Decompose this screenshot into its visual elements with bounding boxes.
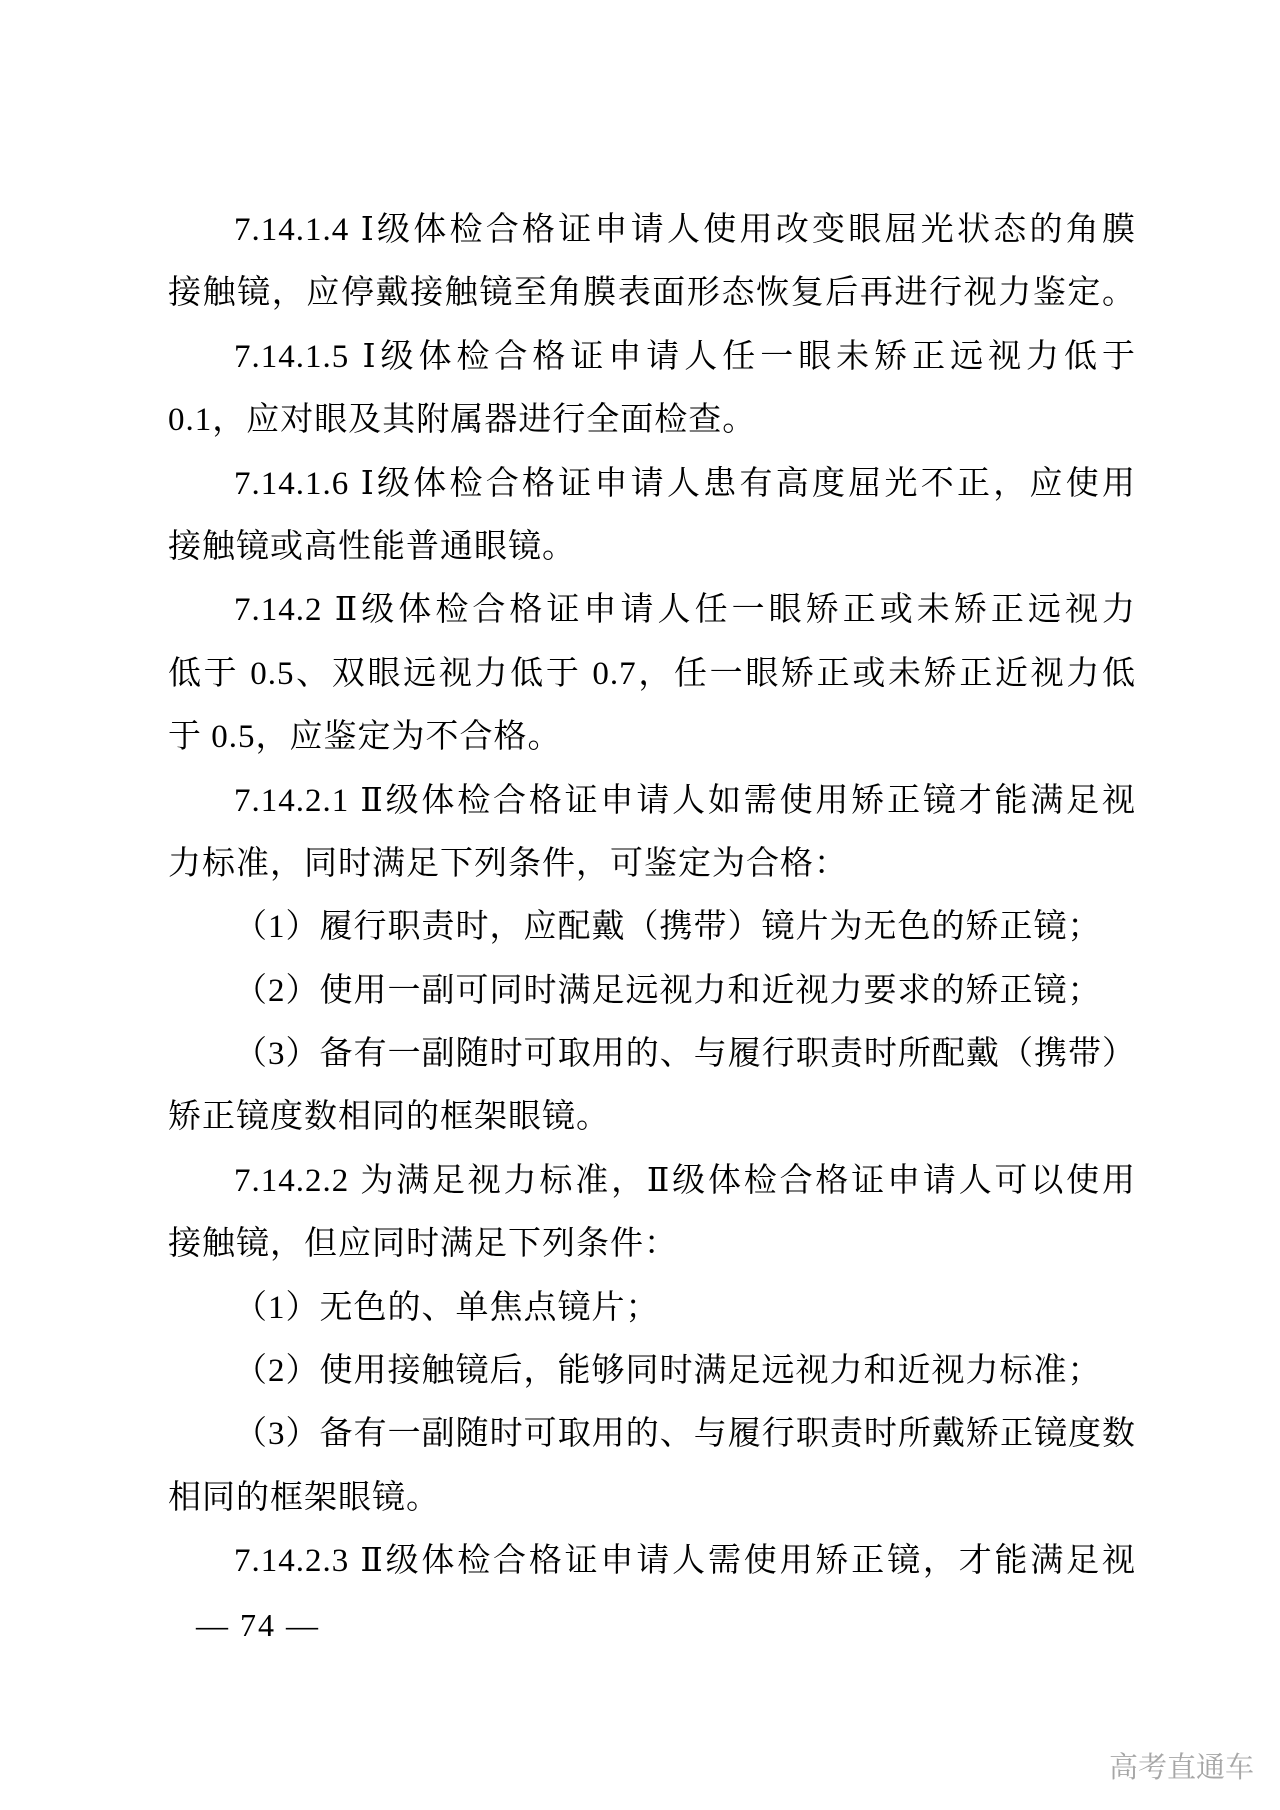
text-line: （3）备有一副随时可取用的、与履行职责时所配戴（携带） [168, 1023, 1136, 1086]
text-line: 低于 0.5、双眼远视力低于 0.7，任一眼矫正或未矫正近视力低 [168, 643, 1136, 706]
text-line: 7.14.2.3 Ⅱ级体检合格证申请人需使用矫正镜，才能满足视 [168, 1530, 1136, 1593]
text-line: （2）使用一副可同时满足远视力和近视力要求的矫正镜； [168, 960, 1136, 1023]
text-line: （1）无色的、单焦点镜片； [168, 1277, 1136, 1340]
text-line: 7.14.2.2 为满足视力标准，Ⅱ级体检合格证申请人可以使用 [168, 1150, 1136, 1213]
watermark: 高考直通车 [1109, 1750, 1254, 1786]
text-line: 7.14.1.5 Ⅰ级体检合格证申请人任一眼未矫正远视力低于 [168, 326, 1136, 389]
text-line: 7.14.1.4 Ⅰ级体检合格证申请人使用改变眼屈光状态的角膜 [168, 199, 1136, 262]
text-line: 7.14.2.1 Ⅱ级体检合格证申请人如需使用矫正镜才能满足视 [168, 770, 1136, 833]
text-line: 0.1，应对眼及其附属器进行全面检查。 [168, 389, 1136, 452]
page-number: — 74 — [196, 1605, 320, 1645]
text-line: 相同的框架眼镜。 [168, 1467, 1136, 1530]
text-line: （3）备有一副随时可取用的、与履行职责时所戴矫正镜度数 [168, 1403, 1136, 1466]
text-line: 接触镜，应停戴接触镜至角膜表面形态恢复后再进行视力鉴定。 [168, 262, 1136, 325]
document-body: 7.14.1.4 Ⅰ级体检合格证申请人使用改变眼屈光状态的角膜接触镜，应停戴接触… [168, 199, 1136, 1594]
document-page: 7.14.1.4 Ⅰ级体检合格证申请人使用改变眼屈光状态的角膜接触镜，应停戴接触… [0, 0, 1280, 1810]
text-line: 接触镜，但应同时满足下列条件： [168, 1213, 1136, 1276]
text-line: （2）使用接触镜后，能够同时满足远视力和近视力标准； [168, 1340, 1136, 1403]
text-line: 7.14.2 Ⅱ级体检合格证申请人任一眼矫正或未矫正远视力 [168, 579, 1136, 642]
text-line: 力标准，同时满足下列条件，可鉴定为合格： [168, 833, 1136, 896]
text-line: 于 0.5，应鉴定为不合格。 [168, 706, 1136, 769]
text-line: 7.14.1.6 Ⅰ级体检合格证申请人患有高度屈光不正，应使用 [168, 453, 1136, 516]
text-line: 矫正镜度数相同的框架眼镜。 [168, 1086, 1136, 1149]
text-line: （1）履行职责时，应配戴（携带）镜片为无色的矫正镜； [168, 896, 1136, 959]
text-line: 接触镜或高性能普通眼镜。 [168, 516, 1136, 579]
